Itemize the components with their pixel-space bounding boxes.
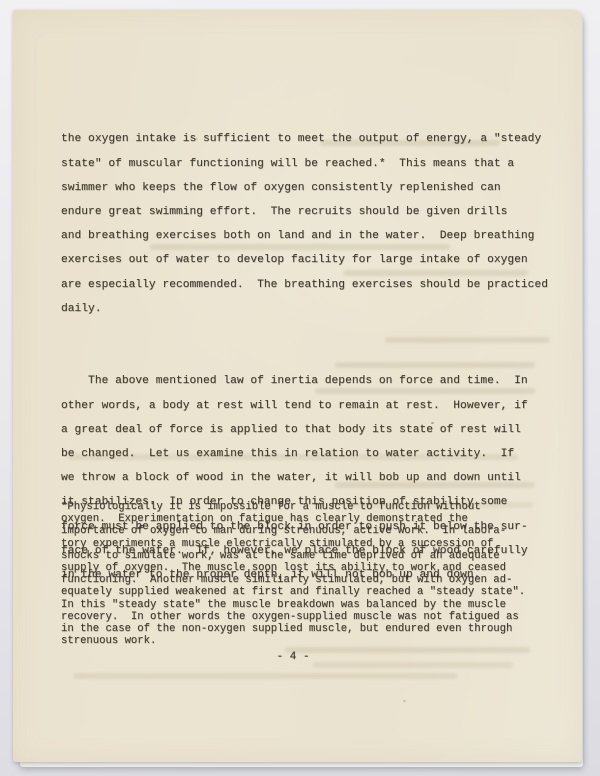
body-paragraph: the oxygen intake is sufficient to meet … xyxy=(61,127,548,321)
paper-speck xyxy=(403,700,406,702)
page-number: - 4 - xyxy=(228,650,358,664)
scanned-document-background: the oxygen intake is sufficient to meet … xyxy=(0,0,600,776)
bleedthrough-line xyxy=(73,673,458,679)
footnote: *Physiologically it is impossible for a … xyxy=(61,501,525,647)
document-page: the oxygen intake is sufficient to meet … xyxy=(13,10,582,762)
